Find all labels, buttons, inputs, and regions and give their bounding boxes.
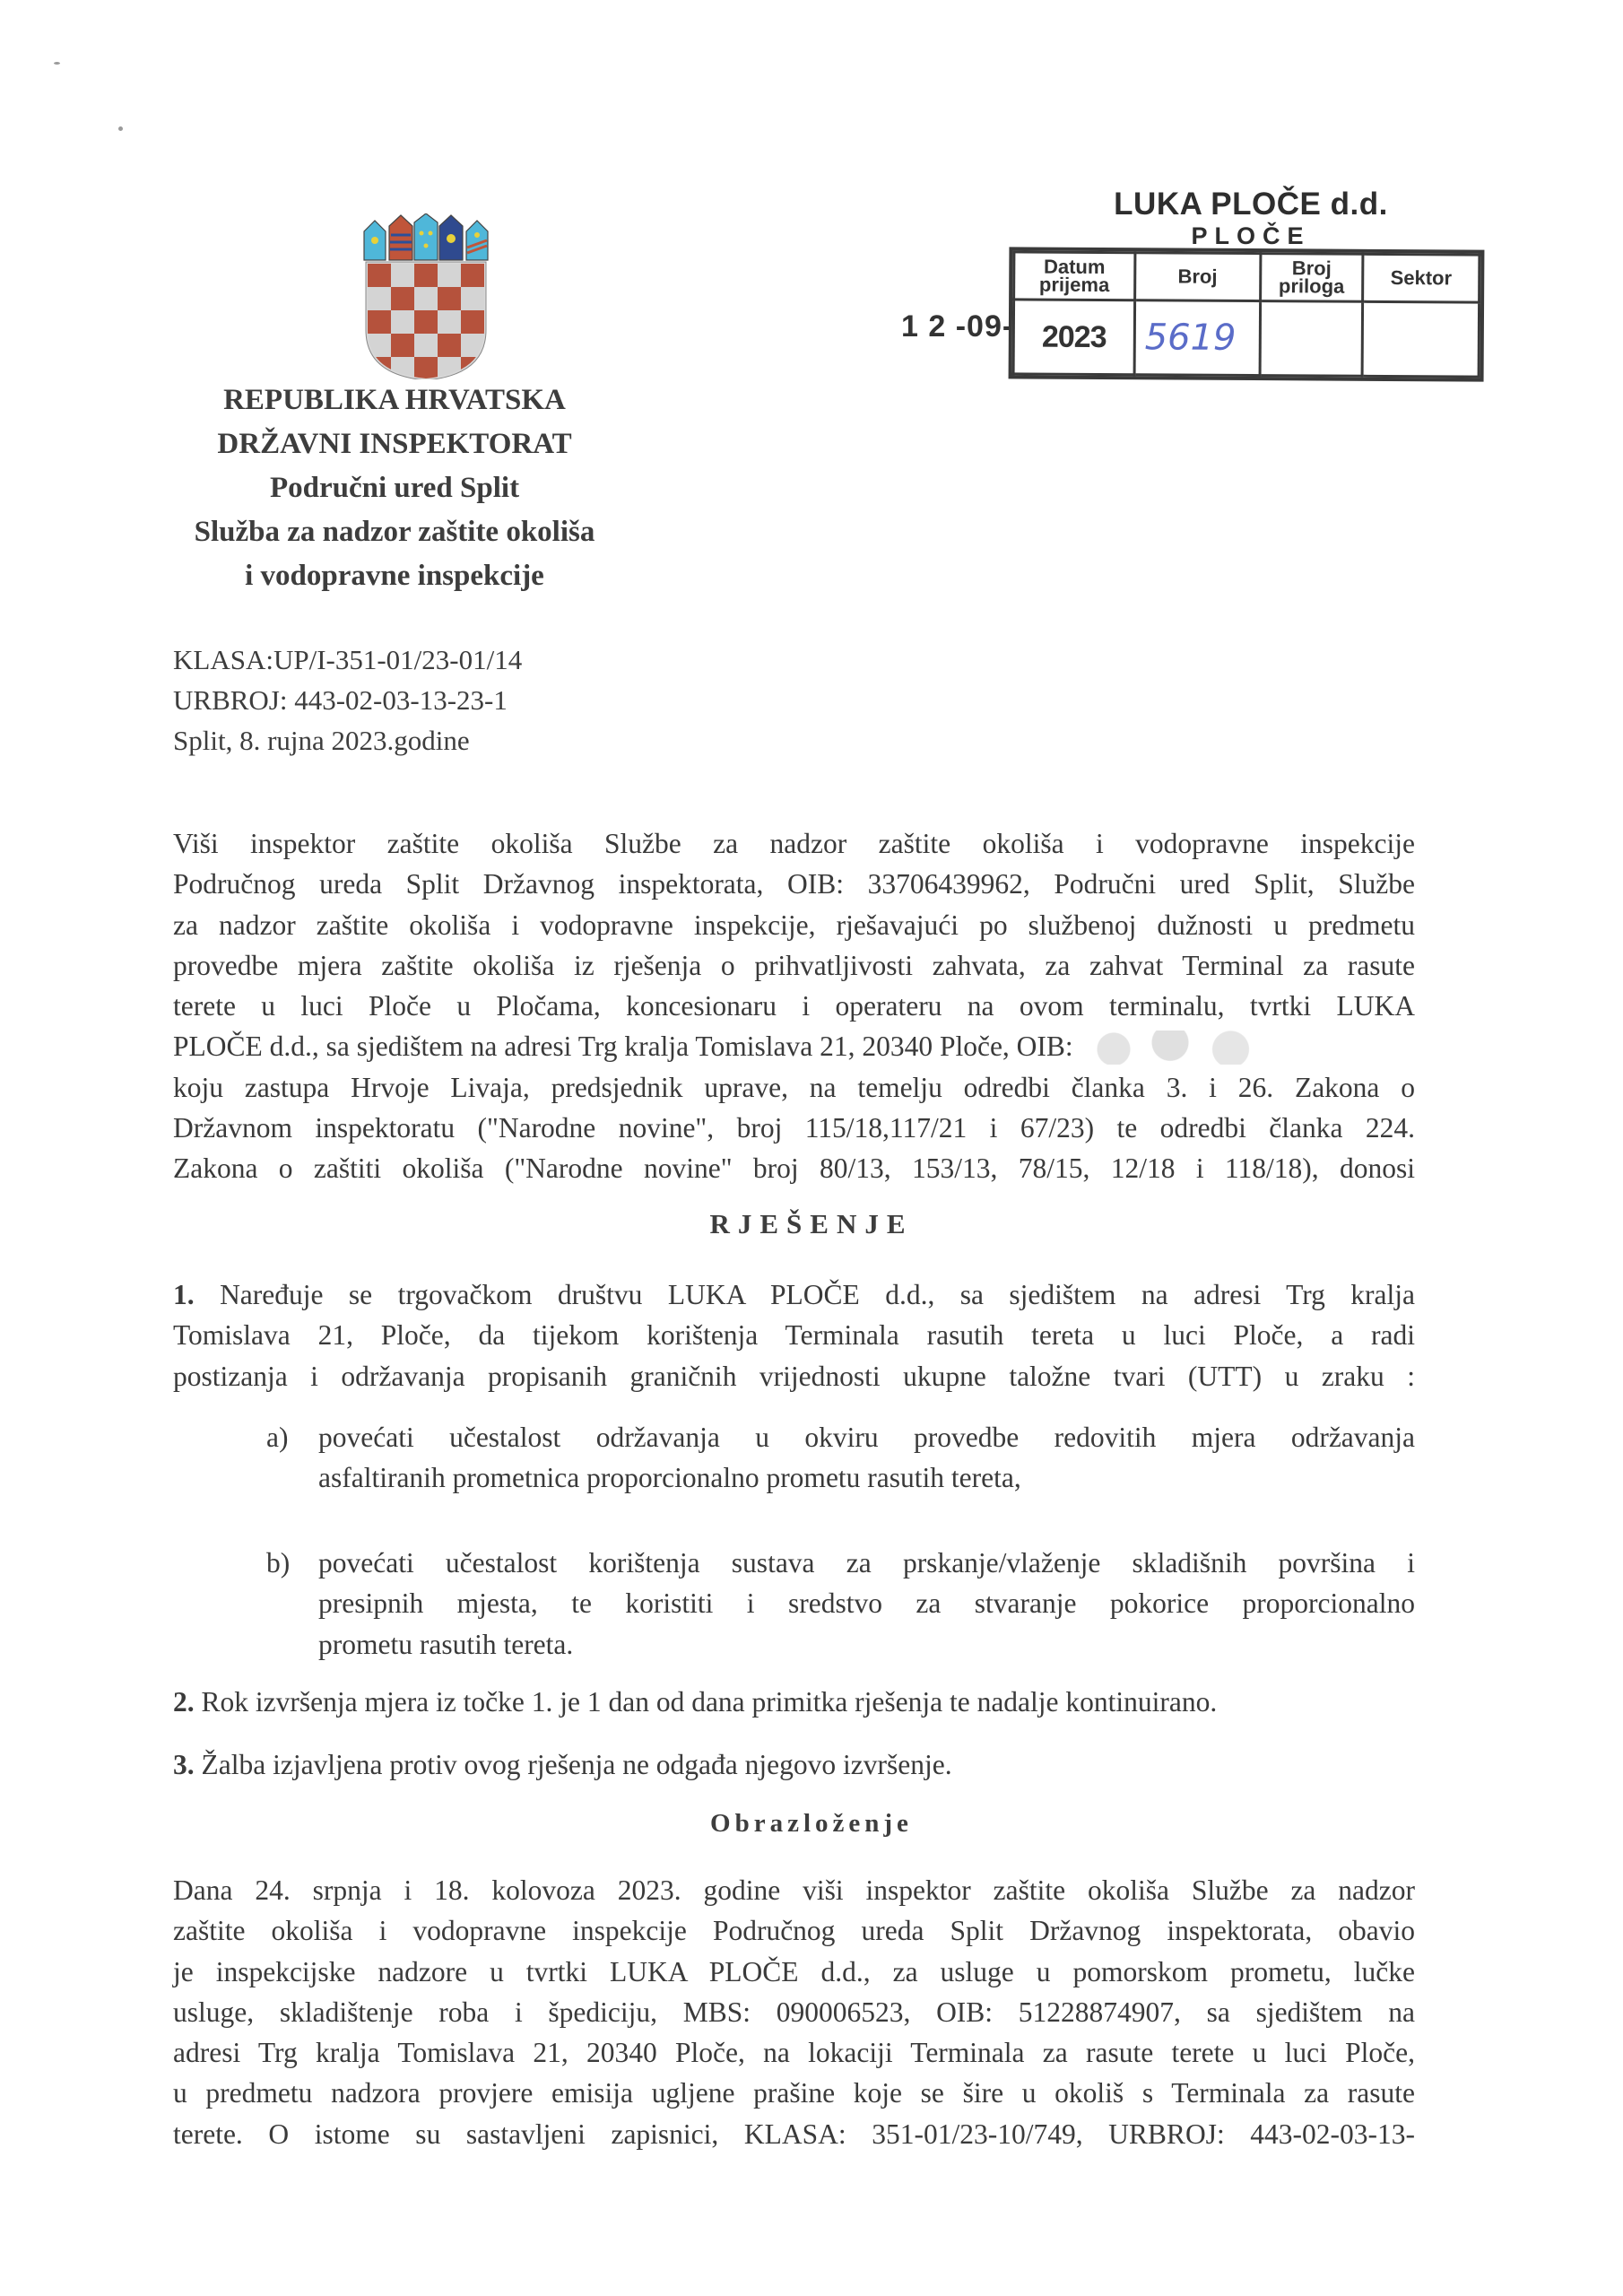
- stamp-date-prefix: 1 2 -09-: [901, 309, 1013, 344]
- subitem-b-line: presipnih mjesta, te koristiti i sredstv…: [318, 1583, 1415, 1623]
- header-line-inspectorate: DRŽAVNI INSPEKTORAT: [143, 422, 646, 466]
- decision-item-2: 2. Rok izvršenja mjera iz točke 1. je 1 …: [173, 1686, 1217, 1718]
- stamp-handwritten-number: 5619: [1134, 300, 1260, 376]
- intro-line: provedbe mjera zaštite okoliša iz rješen…: [173, 945, 1415, 986]
- header-line-service-cont: i vodopravne inspekcije: [143, 554, 646, 598]
- reasoning-line: u predmetu nadzora provjere emisija uglj…: [173, 2073, 1415, 2113]
- reasoning-line: terete. O istome su sastavljeni zapisnic…: [173, 2114, 1415, 2154]
- croatian-coat-of-arms-icon: [359, 213, 493, 379]
- intro-line: Državnom inspektoratu ("Narodne novine",…: [173, 1108, 1415, 1148]
- header-line-service: Služba za nadzor zaštite okoliša: [143, 510, 646, 554]
- stamp-col-broj-priloga: Brojpriloga: [1260, 254, 1363, 302]
- stamp-attachments-cell: [1260, 301, 1363, 377]
- reasoning-line: adresi Trg kralja Tomislava 21, 20340 Pl…: [173, 2032, 1415, 2073]
- header-line-office: Područni ured Split: [143, 466, 646, 510]
- stamp-sector-cell: [1362, 301, 1479, 377]
- stamp-col-datum: Datumprijema: [1014, 252, 1135, 300]
- subitem-a-line: asfaltiranih prometnica proporcionalno p…: [318, 1457, 1415, 1498]
- subitem-b-label: b): [266, 1543, 290, 1583]
- decision-item-1: 1. Naređuje se trgovačkom društvu LUKA P…: [173, 1274, 1415, 1396]
- item3-text: Žalba izjavljena protiv ovog rješenja ne…: [202, 1749, 952, 1780]
- reasoning-title: Obrazloženje: [0, 1809, 1623, 1839]
- intro-line: terete u luci Ploče u Pločama, koncesion…: [173, 986, 1415, 1026]
- stamp-year: 2023: [1013, 300, 1134, 375]
- subitem-a-line: povećati učestalost održavanja u okviru …: [318, 1417, 1415, 1457]
- stamp-col-broj: Broj: [1134, 253, 1260, 301]
- subitem-b-line: prometu rasutih tereta.: [318, 1624, 1415, 1665]
- header-line-republic: REPUBLIKA HRVATSKA: [143, 378, 646, 422]
- intro-line: Viši inspektor zaštite okoliša Službe za…: [173, 823, 1415, 864]
- reasoning-paragraph: Dana 24. srpnja i 18. kolovoza 2023. god…: [173, 1870, 1415, 2154]
- intro-line: koju zastupa Hrvoje Livaja, predsjednik …: [173, 1067, 1415, 1108]
- intro-line: Područnog ureda Split Državnog inspektor…: [173, 864, 1415, 904]
- klasa: KLASA:UP/I-351-01/23-01/14: [173, 639, 522, 680]
- reasoning-line: Dana 24. srpnja i 18. kolovoza 2023. god…: [173, 1870, 1415, 1910]
- intro-line: za nadzor zaštite okoliša i vodopravne i…: [173, 905, 1415, 945]
- item1-number: 1.: [173, 1279, 195, 1310]
- item1-line: Tomislava 21, Ploče, da tijekom korišten…: [173, 1315, 1415, 1355]
- item1-line: postizanja i održavanja propisanih grani…: [173, 1356, 1415, 1396]
- subitem-b-line: povećati učestalost korištenja sustava z…: [318, 1543, 1415, 1583]
- item1-line: 1. Naređuje se trgovačkom društvu LUKA P…: [173, 1274, 1415, 1315]
- stamp-city: PLOČE: [1054, 222, 1448, 250]
- reasoning-line: zaštite okoliša i vodopravne inspekcije …: [173, 1910, 1415, 1951]
- decision-title: RJEŠENJE: [0, 1208, 1623, 1240]
- item2-text: Rok izvršenja mjera iz točke 1. je 1 dan…: [202, 1686, 1218, 1718]
- reasoning-line: je inspekcijske nadzore u tvrtki LUKA PL…: [173, 1952, 1415, 1992]
- scan-speck: [54, 62, 60, 65]
- place-date: Split, 8. rujna 2023.godine: [173, 720, 522, 761]
- intro-line: Zakona o zaštiti okoliša ("Narodne novin…: [173, 1148, 1415, 1188]
- scan-speck: [118, 126, 123, 131]
- decision-item-3: 3. Žalba izjavljena protiv ovog rješenja…: [173, 1749, 952, 1781]
- reasoning-line: usluge, skladištenje roba i špediciju, M…: [173, 1992, 1415, 2032]
- issuer-header: REPUBLIKA HRVATSKA DRŽAVNI INSPEKTORAT P…: [143, 378, 646, 598]
- stamp-company: LUKA PLOČE d.d.: [1054, 187, 1448, 222]
- item2-number: 2.: [173, 1686, 195, 1718]
- intro-line: PLOČE d.d., sa sjedištem na adresi Trg k…: [173, 1026, 1415, 1066]
- stamp-col-sektor: Sektor: [1363, 254, 1480, 302]
- subitem-a-label: a): [266, 1417, 288, 1457]
- intro-paragraph: Viši inspektor zaštite okoliša Službe za…: [173, 823, 1415, 1189]
- urbroj: URBROJ: 443-02-03-13-23-1: [173, 680, 522, 720]
- item3-number: 3.: [173, 1749, 195, 1780]
- redacted-oib: [1073, 1031, 1275, 1065]
- receipt-stamp-table: Datumprijema Broj Brojpriloga Sektor 202…: [1009, 247, 1485, 381]
- reference-block: KLASA:UP/I-351-01/23-01/14 URBROJ: 443-0…: [173, 639, 522, 761]
